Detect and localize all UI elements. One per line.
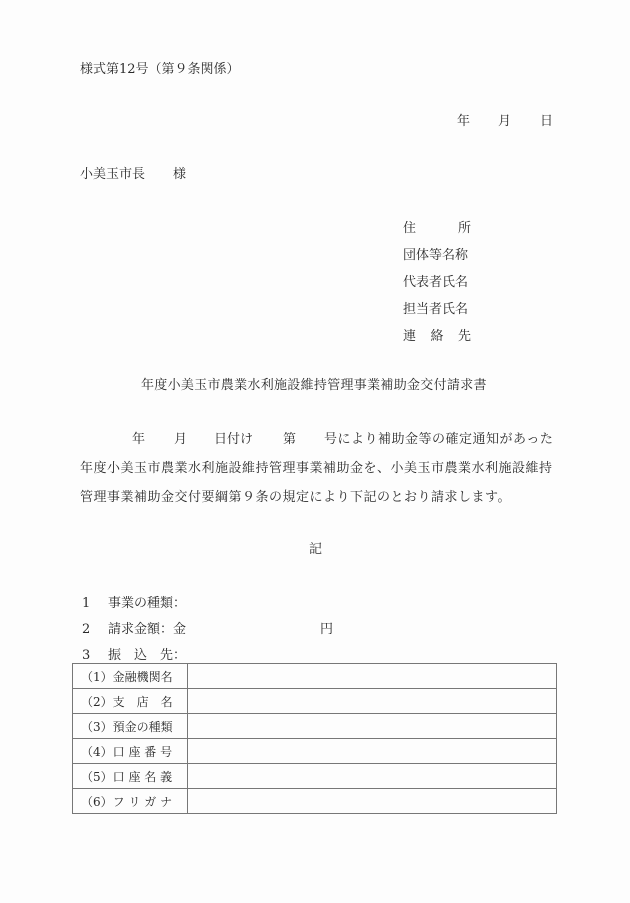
item-amount-label: 請求金額：金 (108, 622, 186, 638)
deposit-type-label: （3）預金の種類 (73, 714, 188, 739)
item-number: 1 (82, 596, 90, 612)
body-line2: 年度小美玉市農業水利施設維持管理事業補助金を、小美玉市農業水利施設維持 (80, 461, 553, 477)
addressee-suffix: 様 (173, 167, 186, 183)
furigana-label: （6）フ リ ガ ナ (73, 789, 188, 814)
applicant-representative-label: 代表者氏名 (403, 275, 468, 291)
label-char: 所 (458, 221, 471, 237)
label-char: 住 (403, 221, 416, 237)
account-holder-field[interactable] (188, 764, 557, 789)
date-day-label: 日 (540, 114, 553, 130)
furigana-field[interactable] (188, 789, 557, 814)
date-month-label: 月 (498, 114, 511, 130)
table-row: （1）金融機関名 (73, 664, 557, 689)
body-date-suffix: 日付け (214, 432, 253, 448)
body-line3: 管理事業補助金交付要綱第９条の規定により下記のとおり請求します。 (80, 490, 511, 506)
item-number: 3 (82, 648, 90, 664)
account-holder-label: （5）口 座 名 義 (73, 764, 188, 789)
branch-name-label: （2）支 店 名 (73, 689, 188, 714)
bank-name-label: （1）金融機関名 (73, 664, 188, 689)
table-row: （3）預金の種類 (73, 714, 557, 739)
body-line1-rest: 号により補助金等の確定通知があった (324, 432, 553, 448)
applicant-contact-label: 連 絡 先 (403, 329, 471, 345)
body-month: 月 (174, 432, 187, 448)
item-transfer-label: 振 込 先： (108, 648, 186, 664)
applicant-address-label: 住 所 (403, 221, 471, 237)
date-year-label: 年 (457, 114, 470, 130)
applicant-org-name-label: 団体等名称 (403, 248, 468, 264)
label-char: 連 (403, 329, 416, 345)
applicant-contact-person-label: 担当者氏名 (403, 302, 468, 318)
branch-name-field[interactable] (188, 689, 557, 714)
table-row: （5）口 座 名 義 (73, 764, 557, 789)
item-amount-unit: 円 (320, 622, 333, 638)
item-number: 2 (82, 622, 90, 638)
deposit-type-field[interactable] (188, 714, 557, 739)
account-number-field[interactable] (188, 739, 557, 764)
label-char: 絡 (430, 329, 443, 345)
body-number-prefix: 第 (283, 432, 296, 448)
body-year: 年 (132, 432, 145, 448)
ki-heading: 記 (309, 542, 322, 558)
table-row: （2）支 店 名 (73, 689, 557, 714)
label-char: 先 (458, 329, 471, 345)
bank-account-table: （1）金融機関名 （2）支 店 名 （3）預金の種類 （4）口 座 番 号 （5… (72, 663, 557, 814)
table-row: （4）口 座 番 号 (73, 739, 557, 764)
bank-name-field[interactable] (188, 664, 557, 689)
account-number-label: （4）口 座 番 号 (73, 739, 188, 764)
form-number: 様式第12号（第９条関係） (80, 62, 240, 78)
document-title: 年度小美玉市農業水利施設維持管理事業補助金交付請求書 (141, 378, 487, 394)
item-business-type-label: 事業の種類： (108, 596, 186, 612)
table-row: （6）フ リ ガ ナ (73, 789, 557, 814)
addressee-name: 小美玉市長 (80, 167, 145, 183)
